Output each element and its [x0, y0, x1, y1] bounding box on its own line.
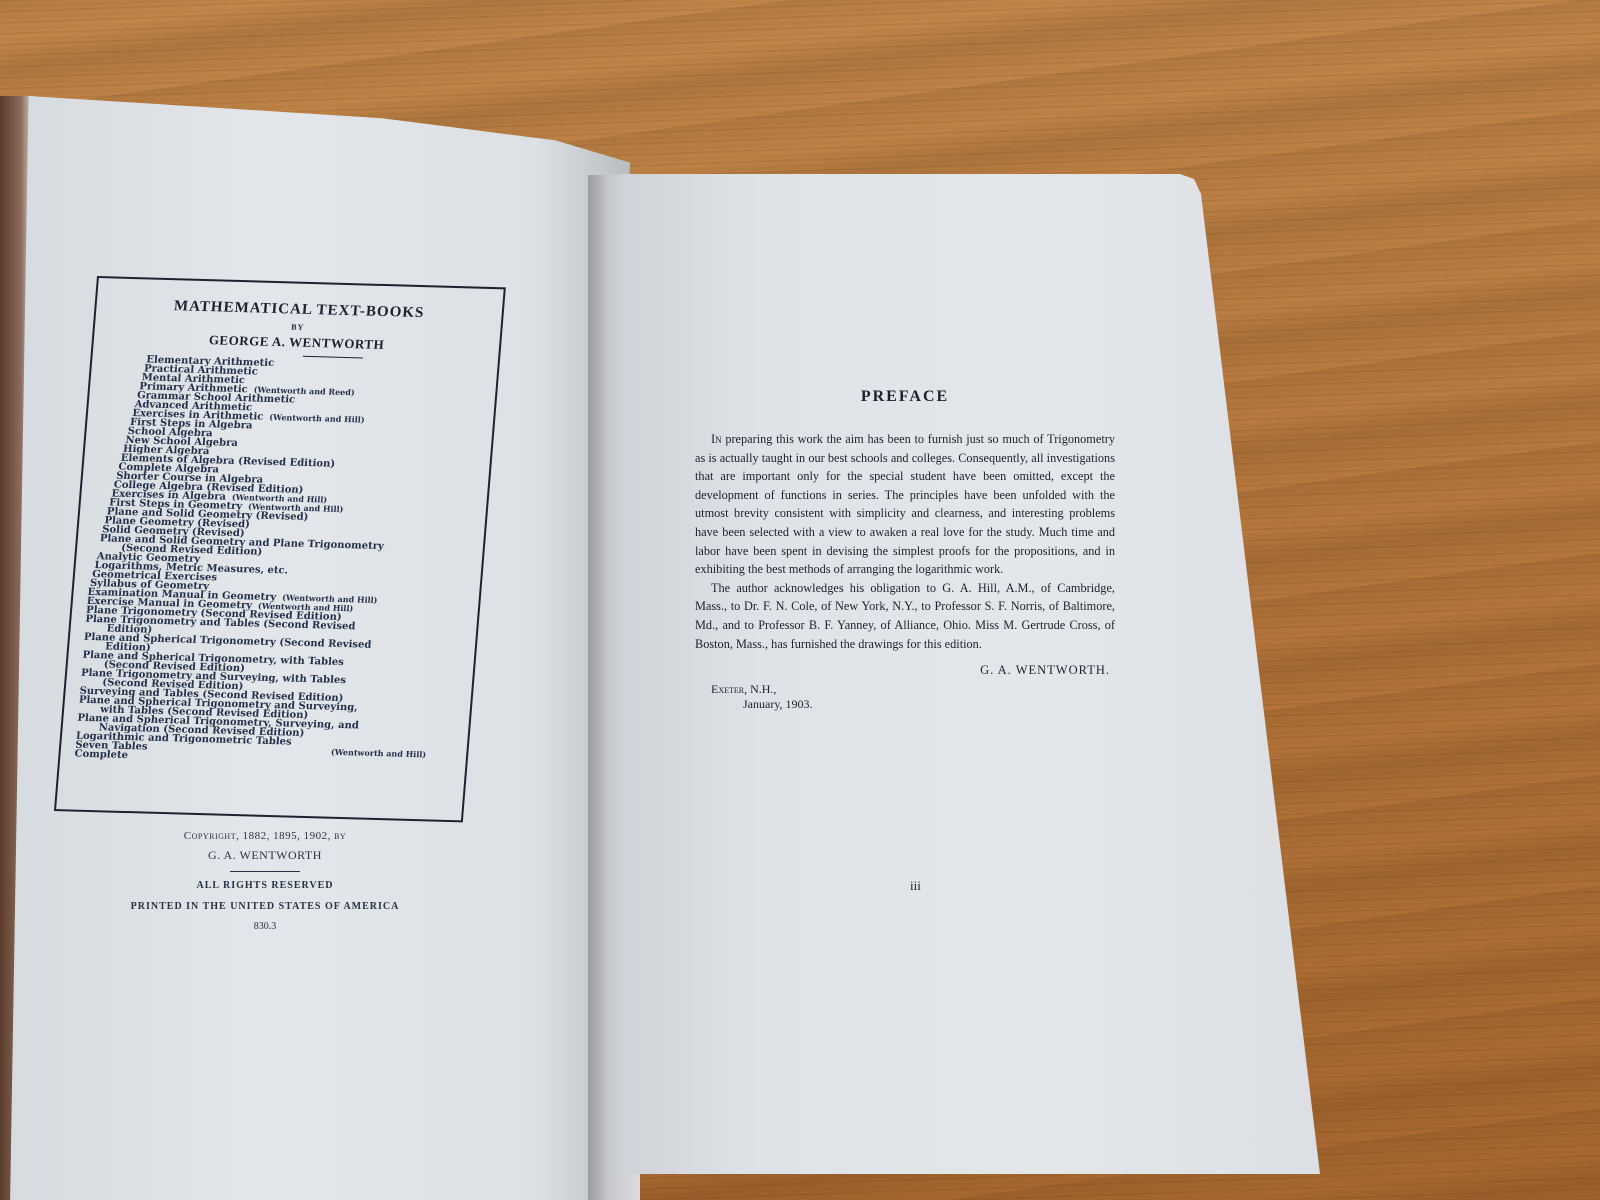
book-list: Elementary ArithmeticPractical Arithmeti… — [74, 354, 487, 769]
print-code: 830.3 — [100, 921, 430, 932]
page-number: iii — [910, 878, 921, 894]
preface-signature: G. A. WENTWORTH. — [695, 663, 1115, 678]
preface-heading: PREFACE — [695, 388, 1115, 406]
divider — [230, 871, 300, 872]
ornamental-rule — [303, 356, 363, 359]
printed-in: PRINTED IN THE UNITED STATES OF AMERICA — [100, 901, 430, 912]
textbook-list-box: MATHEMATICAL TEXT-BOOKS BY GEORGE A. WEN… — [54, 276, 506, 822]
copyright-holder: G. A. WENTWORTH — [100, 848, 430, 863]
drop-lead: In — [711, 432, 722, 446]
copyright-block: Copyright, 1882, 1895, 1902, by G. A. WE… — [100, 830, 430, 932]
preface-paragraph-2: The author acknowledges his obligation t… — [695, 579, 1115, 653]
copyright-line: Copyright, 1882, 1895, 1902, by — [100, 830, 430, 842]
preface-date: January, 1903. — [743, 697, 1115, 712]
preface-place: Exeter, N.H., — [711, 682, 1115, 697]
rights-reserved: ALL RIGHTS RESERVED — [100, 880, 430, 891]
preface-section: PREFACE In preparing this work the aim h… — [695, 388, 1115, 712]
preface-paragraph-1: In preparing this work the aim has been … — [695, 430, 1115, 579]
book-title: Complete — [74, 749, 128, 761]
